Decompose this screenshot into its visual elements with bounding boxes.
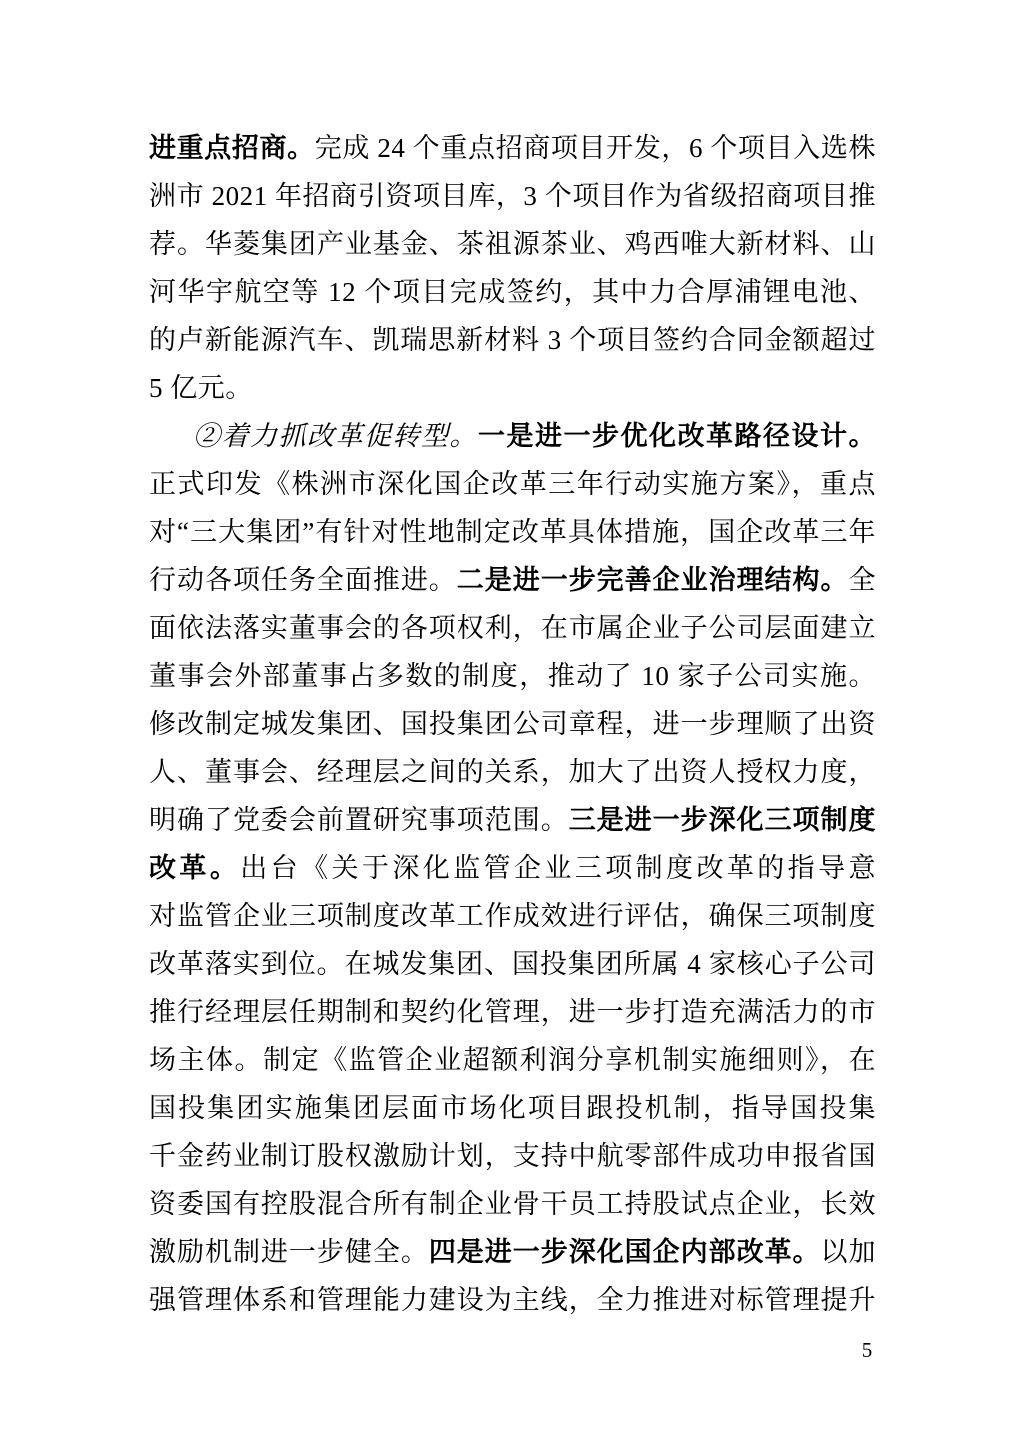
text-run-normal: 面依法落实董事会的各项权利，在市属企业子公司层面建立 <box>149 613 876 643</box>
text-run-bold: 一是进一步优化改革路径设计。 <box>478 421 876 451</box>
text-run-normal: 修改制定城发集团、国投集团公司章程，进一步理顺了出资 <box>149 709 876 739</box>
text-run-normal: 推行经理层任期制和契约化管理，进一步打造充满活力的市 <box>149 997 876 1027</box>
text-line: 改革。出台《关于深化监管企业三项制度改革的指导意见》， <box>149 844 876 892</box>
text-line: 对“三大集团”有针对性地制定改革具体措施，国企改革三年 <box>149 508 876 556</box>
text-line: 5 亿元。 <box>149 364 876 412</box>
text-line: 强管理体系和管理能力建设为主线，全力推进对标管理提升 <box>149 1276 876 1324</box>
text-run-normal: 洲市 2021 年招商引资项目库，3 个项目作为省级招商项目推 <box>149 181 876 211</box>
text-line: 洲市 2021 年招商引资项目库，3 个项目作为省级招商项目推 <box>149 172 876 220</box>
text-run-normal: 明确了党委会前置研究事项范围。 <box>149 805 569 835</box>
text-run-normal: 正式印发《株洲市深化国企改革三年行动实施方案》，重点 <box>149 469 876 499</box>
text-line: 资委国有控股混合所有制企业骨干员工持股试点企业，长效 <box>149 1180 876 1228</box>
text-run-normal: 对“三大集团”有针对性地制定改革具体措施，国企改革三年 <box>149 517 876 547</box>
text-run-normal: 董事会外部董事占多数的制度，推动了 10 家子公司实施。 <box>149 661 876 691</box>
text-run-normal: 资委国有控股混合所有制企业骨干员工持股试点企业，长效 <box>149 1189 876 1219</box>
text-run-normal: 国投集团实施集团层面市场化项目跟投机制，指导国投集团、 <box>149 1093 876 1132</box>
text-run-normal: 人、董事会、经理层之间的关系，加大了出资人授权力度， <box>149 757 876 787</box>
text-line: 明确了党委会前置研究事项范围。三是进一步深化三项制度 <box>149 796 876 844</box>
text-run-normal: 5 亿元。 <box>149 373 253 403</box>
text-run-bold: 改革。 <box>149 853 240 883</box>
text-line: 推行经理层任期制和契约化管理，进一步打造充满活力的市 <box>149 988 876 1036</box>
text-run-normal: 完成 24 个重点招商项目开发，6 个项目入选株 <box>315 133 876 163</box>
text-line: 河华宇航空等 12 个项目完成签约，其中力合厚浦锂电池、 <box>149 268 876 316</box>
text-line: 董事会外部董事占多数的制度，推动了 10 家子公司实施。 <box>149 652 876 700</box>
text-line: 千金药业制订股权激励计划，支持中航零部件成功申报省国 <box>149 1132 876 1180</box>
text-line: ②着力抓改革促转型。一是进一步优化改革路径设计。 <box>149 412 876 460</box>
text-line: 正式印发《株洲市深化国企改革三年行动实施方案》，重点 <box>149 460 876 508</box>
text-line: 面依法落实董事会的各项权利，在市属企业子公司层面建立 <box>149 604 876 652</box>
paragraph: ②着力抓改革促转型。一是进一步优化改革路径设计。正式印发《株洲市深化国企改革三年… <box>149 412 876 1324</box>
text-run-normal: 荐。华菱集团产业基金、茶祖源茶业、鸡西唯大新材料、山 <box>149 229 876 259</box>
text-run-normal: 出台《关于深化监管企业三项制度改革的指导意见》， <box>149 853 876 892</box>
text-line: 荐。华菱集团产业基金、茶祖源茶业、鸡西唯大新材料、山 <box>149 220 876 268</box>
document-body: 进重点招商。完成 24 个重点招商项目开发，6 个项目入选株洲市 2021 年招… <box>149 124 876 1324</box>
text-line: 改革落实到位。在城发集团、国投集团所属 4 家核心子公司 <box>149 940 876 988</box>
text-run-bold: 四是进一步深化国企内部改革。 <box>429 1237 821 1267</box>
page-number: 5 <box>852 1336 882 1364</box>
text-run-normal: 河华宇航空等 12 个项目完成签约，其中力合厚浦锂电池、 <box>149 277 876 307</box>
text-run-normal: 对监管企业三项制度改革工作成效进行评估，确保三项制度 <box>149 901 876 931</box>
text-run-bold: 进重点招商。 <box>149 133 315 163</box>
text-run-normal: 的卢新能源汽车、凯瑞思新材料 3 个项目签约合同金额超过 <box>149 325 876 355</box>
text-run-bold: 二是进一步完善企业治理结构。 <box>457 565 849 595</box>
text-run-normal: 强管理体系和管理能力建设为主线，全力推进对标管理提升 <box>149 1285 876 1315</box>
text-run-normal: 场主体。制定《监管企业超额利润分享机制实施细则》，在 <box>149 1045 876 1075</box>
text-line: 修改制定城发集团、国投集团公司章程，进一步理顺了出资 <box>149 700 876 748</box>
text-line: 激励机制进一步健全。四是进一步深化国企内部改革。以加 <box>149 1228 876 1276</box>
text-line: 进重点招商。完成 24 个重点招商项目开发，6 个项目入选株 <box>149 124 876 172</box>
text-line: 国投集团实施集团层面市场化项目跟投机制，指导国投集团、 <box>149 1084 876 1132</box>
text-run-bold: 三是进一步深化三项制度 <box>569 805 876 835</box>
text-run-kaiti: ②着力抓改革促转型。 <box>193 421 478 451</box>
text-line: 对监管企业三项制度改革工作成效进行评估，确保三项制度 <box>149 892 876 940</box>
paragraph: 进重点招商。完成 24 个重点招商项目开发，6 个项目入选株洲市 2021 年招… <box>149 124 876 412</box>
text-run-normal: 激励机制进一步健全。 <box>149 1237 429 1267</box>
text-line: 行动各项任务全面推进。二是进一步完善企业治理结构。全 <box>149 556 876 604</box>
text-run-normal: 行动各项任务全面推进。 <box>149 565 457 595</box>
text-run-normal: 以加 <box>821 1237 876 1267</box>
text-line: 人、董事会、经理层之间的关系，加大了出资人授权力度， <box>149 748 876 796</box>
text-line: 的卢新能源汽车、凯瑞思新材料 3 个项目签约合同金额超过 <box>149 316 876 364</box>
text-run-normal: 千金药业制订股权激励计划，支持中航零部件成功申报省国 <box>149 1141 876 1171</box>
text-run-normal: 全 <box>849 565 876 595</box>
text-line: 场主体。制定《监管企业超额利润分享机制实施细则》，在 <box>149 1036 876 1084</box>
text-run-normal: 改革落实到位。在城发集团、国投集团所属 4 家核心子公司 <box>149 949 876 979</box>
